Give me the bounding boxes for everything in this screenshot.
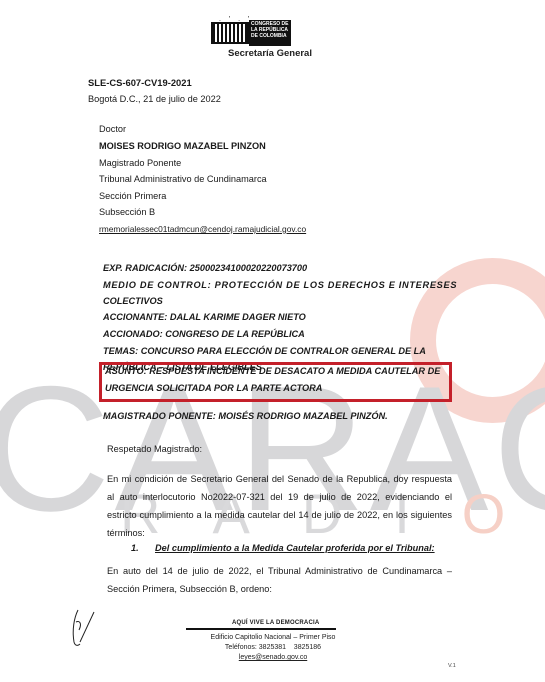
exp-radicacion: EXP. RADICACIÓN: 25000234100020220073700 xyxy=(103,263,307,273)
body-line: términos: xyxy=(107,528,145,538)
version-label: V.1 xyxy=(448,663,456,669)
congreso-logo: . ' . ' . CONGRESO DE LA REPÚBLICA DE CO… xyxy=(211,16,291,46)
footer-address: Edificio Capitolio Nacional – Primer Pis… xyxy=(163,634,383,641)
recipient-line: Sección Primera xyxy=(99,191,166,201)
place-date: Bogotá D.C., 21 de julio de 2022 xyxy=(88,94,221,104)
recipient-line: Tribunal Administrativo de Cundinamarca xyxy=(99,174,267,184)
capitol-columns-icon xyxy=(211,22,249,44)
greeting: Respetado Magistrado: xyxy=(107,444,202,454)
section-number: 1. xyxy=(131,543,139,553)
temas: TEMAS: CONCURSO PARA ELECCIÓN DE CONTRAL… xyxy=(103,346,426,356)
medio-de-control: MEDIO DE CONTROL: PROTECCIÓN DE LOS DERE… xyxy=(103,280,457,290)
body-line: al auto interlocutorio No2022-07-321 del… xyxy=(107,492,452,502)
footer-slogan: AQUÍ VIVE LA DEMOCRACIA xyxy=(232,620,319,626)
asunto-cont: URGENCIA SOLICITADA POR LA PARTE ACTORA xyxy=(105,383,322,393)
initials-signature-icon xyxy=(70,608,100,650)
recipient-title: Doctor xyxy=(99,124,126,134)
body-line: estricto cumplimiento a la medida cautel… xyxy=(107,510,452,520)
footer-email-link[interactable]: leyes@senado.gov.co xyxy=(163,654,383,661)
section-paragraph-line: Sección Primera, Subsección B, ordeno: xyxy=(107,584,272,594)
section-paragraph-line: En auto del 14 de julio de 2022, el Trib… xyxy=(107,566,452,576)
section-title: Del cumplimiento a la Medida Cautelar pr… xyxy=(155,543,435,553)
footer-divider xyxy=(186,628,336,630)
magistrado-ponente: MAGISTRADO PONENTE: MOISÉS RODRIGO MAZAB… xyxy=(103,411,388,421)
accionante: ACCIONANTE: DALAL KARIME DAGER NIETO xyxy=(103,312,306,322)
accionado: ACCIONADO: CONGRESO DE LA REPÚBLICA xyxy=(103,329,305,339)
logo-text: CONGRESO DE LA REPÚBLICA DE COLOMBIA xyxy=(249,20,291,46)
footer-phones: Teléfonos: 3825381 3825186 xyxy=(163,644,383,651)
reference-number: SLE-CS-607-CV19-2021 xyxy=(88,77,192,88)
recipient-line: Subsección B xyxy=(99,207,155,217)
medio-de-control-cont: COLECTIVOS xyxy=(103,296,163,306)
recipient-email-link[interactable]: rmemorialessec01tadmcun@cendoj.ramajudic… xyxy=(99,224,306,234)
department-name: Secretaría General xyxy=(228,48,312,59)
recipient-name: MOISES RODRIGO MAZABEL PINZON xyxy=(99,141,266,151)
asunto: ASUNTO: RESPUESTA INCIDENTE DE DESACATO … xyxy=(105,366,440,376)
recipient-line: Magistrado Ponente xyxy=(99,158,181,168)
body-line: En mi condición de Secretario General de… xyxy=(107,474,452,484)
